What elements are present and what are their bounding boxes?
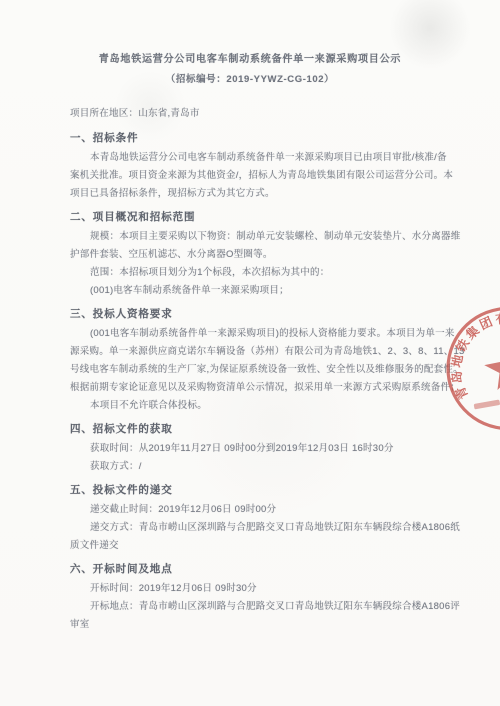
seal-star-icon [481, 341, 500, 392]
doc-line: (001电客车制动系统备件单一来源采购项目)的投标人资格能力要求。本项目为单一来 [70, 325, 445, 343]
doc-line: 规模：本项目主要采购以下物资：制动单元安装螺栓、制动单元安装垫片、水分离器维 [70, 228, 445, 246]
project-location-line: 项目所在地区：山东省,青岛市 [70, 105, 445, 123]
section-heading-1: 一、招标条件 [70, 129, 445, 147]
doc-line: 根据前期专家论证意见以及采购物资清单公示情况，拟采用单一来源方式采购原系统备件； [70, 379, 445, 397]
seal-subtext-blob [474, 399, 500, 409]
doc-line: 开标地点：青岛市崂山区深圳路与合肥路交叉口青岛地铁辽阳东车辆段综合楼A1806评 [70, 598, 445, 616]
doc-line: 获取时间：从2019年11月27日 09时00分到2019年12月03日 16时… [70, 440, 445, 458]
seal-arc-text: 青岛地铁集团有限公司 [439, 302, 500, 403]
tender-number: （招标编号：2019-YYWZ-CG-102） [0, 70, 500, 90]
doc-line: 递交方式：青岛市崂山区深圳路与合肥路交叉口青岛地铁辽阳东车辆段综合楼A1806纸 [70, 519, 445, 537]
svg-text:青岛地铁集团有限公司: 青岛地铁集团有限公司 [439, 302, 500, 403]
doc-line: 本青岛地铁运营分公司电客车制动系统备件单一来源采购项目已由项目审批/核准/备 [70, 149, 445, 167]
doc-line: 范围：本招标项目划分为1个标段，本次招标为其中的： [70, 264, 445, 282]
section-heading-4: 四、招标文件的获取 [70, 420, 445, 438]
section-heading-5: 五、投标文件的递交 [70, 481, 445, 499]
section-heading-3: 三、投标人资格要求 [70, 305, 445, 323]
doc-line: 审室 [70, 616, 445, 634]
scanned-document-page: 青岛地铁运营分公司电客车制动系统备件单一来源采购项目公示 （招标编号：2019-… [0, 0, 500, 706]
document-body: 项目所在地区：山东省,青岛市 一、招标条件 本青岛地铁运营分公司电客车制动系统备… [70, 105, 445, 634]
section-heading-6: 六、开标时间及地点 [70, 560, 445, 578]
document-header: 青岛地铁运营分公司电客车制动系统备件单一来源采购项目公示 （招标编号：2019-… [0, 50, 500, 90]
section-heading-2: 二、项目概况和招标范围 [70, 208, 445, 226]
doc-line: 质文件递交 [70, 537, 445, 555]
doc-line: 获取方式：/ [70, 458, 445, 476]
doc-line: 案机关批准。项目资金来源为其他资金/，招标人为青岛地铁集团有限公司运营分公司。本 [70, 167, 445, 185]
document-title: 青岛地铁运营分公司电客车制动系统备件单一来源采购项目公示 [0, 50, 500, 70]
doc-line: 源采购。单一来源供应商克诺尔车辆设备（苏州）有限公司为青岛地铁1、2、3、8、1… [70, 343, 445, 361]
doc-line: (001)电客车制动系统备件单一来源采购项目； [70, 282, 445, 300]
doc-line: 开标时间：2019年12月06日 09时30分 [70, 580, 445, 598]
doc-line: 本项目不允许联合体投标。 [70, 397, 445, 415]
doc-line: 号线电客车制动系统的生产厂家,为保证原系统设备一致性、安全性以及维修服务的配套性… [70, 361, 445, 379]
doc-line: 护部件套装、空压机滤芯、水分离器O型圈等。 [70, 246, 445, 264]
doc-line: 递交截止时间：2019年12月06日 09时00分 [70, 501, 445, 519]
doc-line: 项目已具备招标条件，现招标方式为其它方式。 [70, 185, 445, 203]
